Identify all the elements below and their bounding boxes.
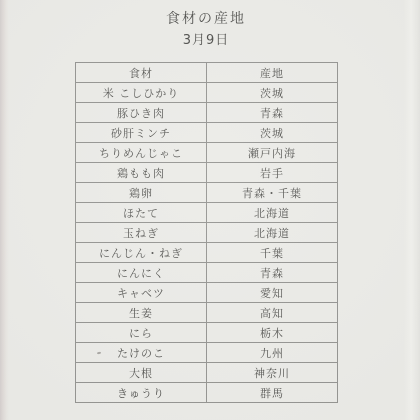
date-label: 3月9日 [0,33,412,48]
table-row: キャベツ 愛知 [76,283,338,303]
ingredient-cell: にんにく [76,263,207,283]
table-row: 砂肝ミンチ 茨城 [76,123,338,143]
origin-cell: 高知 [207,303,338,323]
origin-cell: 青森 [207,103,338,123]
table-row: ほたて 北海道 [76,203,338,223]
origin-cell: 神奈川 [207,363,338,383]
ingredient-cell: 鶏卵 [76,183,207,203]
origin-cell: 栃木 [207,323,338,343]
origin-cell: 瀬戸内海 [207,143,338,163]
ingredient-cell: 玉ねぎ [76,223,207,243]
table-row: 生姜 高知 [76,303,338,323]
table-row: 米 こしひかり 茨城 [76,83,338,103]
ingredient-cell: ほたて [76,203,207,223]
ingredient-cell: たけのこ [76,343,207,363]
origin-cell: 千葉 [207,243,338,263]
origin-cell: 北海道 [207,223,338,243]
origin-cell: 九州 [207,343,338,363]
table-row: 鶏もも肉 岩手 [76,163,338,183]
column-header-origin: 産地 [207,63,338,83]
ingredient-cell: 鶏もも肉 [76,163,207,183]
menu-origin-sheet-photo: 食材の産地 3月9日 食材 産地 米 こしひかり 茨城 豚ひき肉 青森 砂肝ミン… [0,0,420,420]
origin-cell: 岩手 [207,163,338,183]
table-header-row: 食材 産地 [76,63,338,83]
origin-cell: 茨城 [207,123,338,143]
ingredient-cell: 豚ひき肉 [76,103,207,123]
ingredient-cell: にら [76,323,207,343]
ingredient-cell: 大根 [76,363,207,383]
ingredient-cell: にんじん・ねぎ [76,243,207,263]
origin-cell: 愛知 [207,283,338,303]
table-row: にんじん・ねぎ 千葉 [76,243,338,263]
table-row: きゅうり 群馬 [76,383,338,403]
table-row: にんにく 青森 [76,263,338,283]
paper-right-edge [404,0,420,420]
ingredient-cell: ちりめんじゃこ [76,143,207,163]
ingredient-cell: 生姜 [76,303,207,323]
table-row: 大根 神奈川 [76,363,338,383]
origin-cell: 青森 [207,263,338,283]
ingredient-cell: 米 こしひかり [76,83,207,103]
origin-cell: 群馬 [207,383,338,403]
page-title: 食材の産地 [0,11,412,27]
ingredient-origin-table: 食材 産地 米 こしひかり 茨城 豚ひき肉 青森 砂肝ミンチ 茨城 ちりめんじゃ… [75,62,338,403]
ingredient-cell: キャベツ [76,283,207,303]
table-row: にら 栃木 [76,323,338,343]
table-row: 鶏卵 青森・千葉 [76,183,338,203]
column-header-ingredient: 食材 [76,63,207,83]
origin-cell: 青森・千葉 [207,183,338,203]
ingredient-cell: 砂肝ミンチ [76,123,207,143]
origin-cell: 茨城 [207,83,338,103]
ingredient-cell: きゅうり [76,383,207,403]
table-row: ちりめんじゃこ 瀬戸内海 [76,143,338,163]
table-row: たけのこ 九州 [76,343,338,363]
paper-left-edge [0,0,9,420]
table-row: 玉ねぎ 北海道 [76,223,338,243]
origin-cell: 北海道 [207,203,338,223]
table-row: 豚ひき肉 青森 [76,103,338,123]
